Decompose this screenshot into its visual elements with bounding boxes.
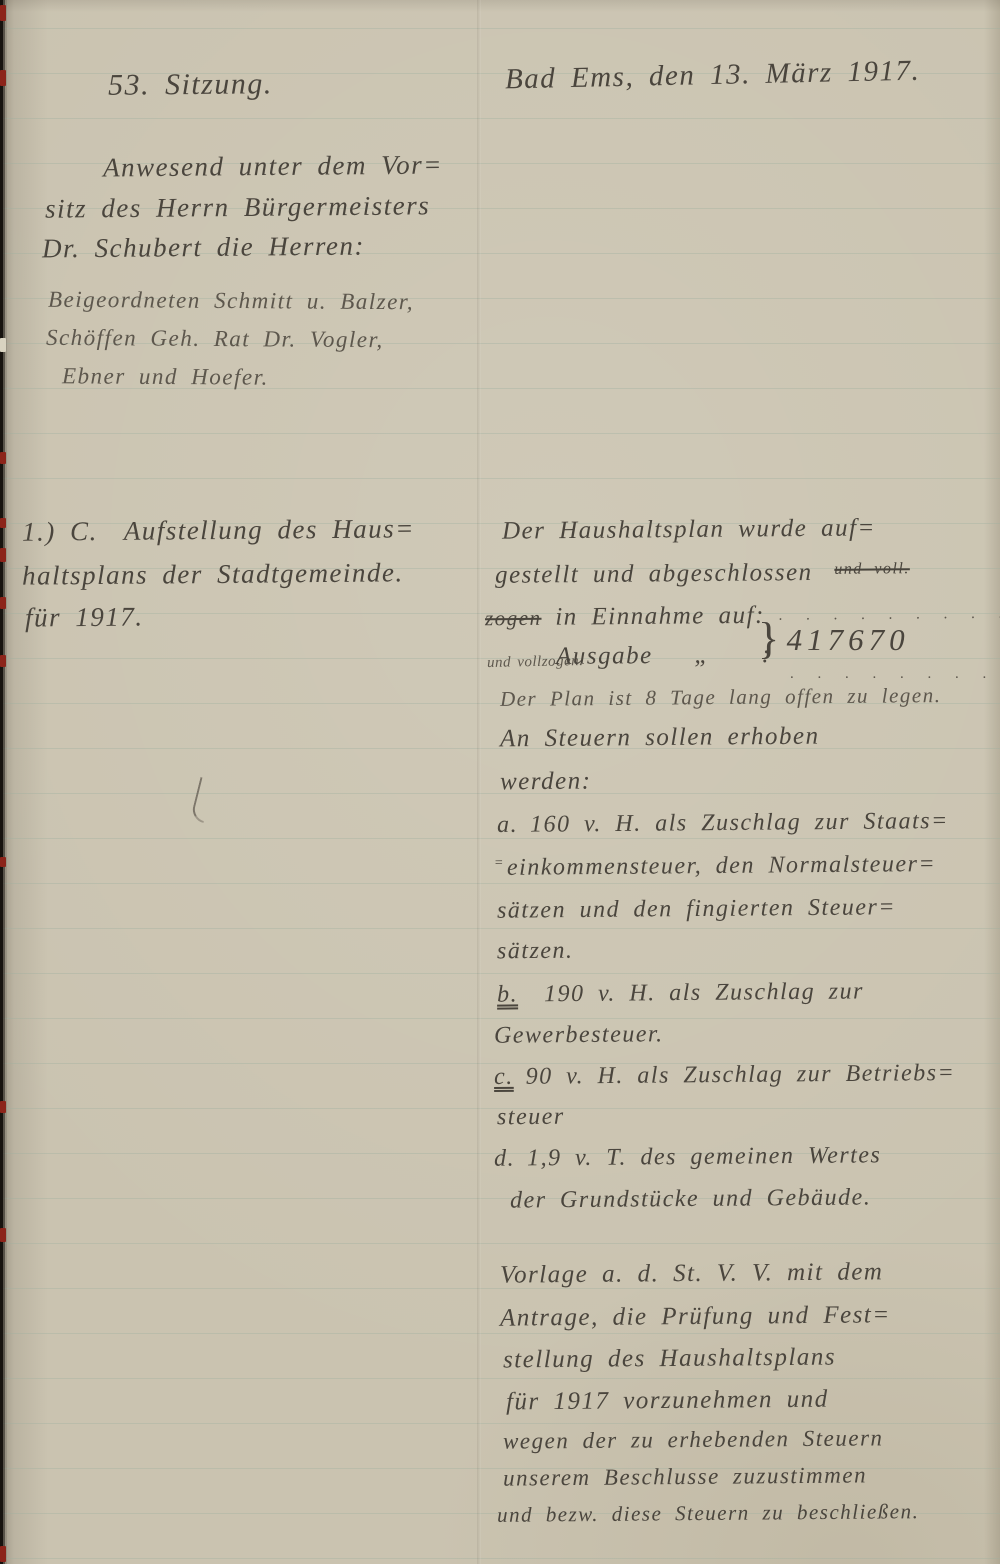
binding-mark	[0, 1546, 6, 1562]
item-marker: a.	[497, 812, 518, 839]
minutes-text: in Einnahme auf:	[555, 602, 765, 631]
minutes-text: gestellt und abgeschlossen	[495, 559, 813, 589]
tax-item-b: b.190 v. H. als Zuschlag zur	[497, 978, 864, 1008]
member-line: Schöffen Geh. Rat Dr. Vogler,	[46, 325, 384, 353]
motion-line: und bezw. diese Steuern zu beschließen.	[497, 1500, 919, 1527]
attendance-line: Dr. Schubert die Herren:	[42, 232, 365, 265]
motion-line: unserem Beschlusse zuzustimmen	[503, 1462, 867, 1490]
minutes-line: werden:	[500, 768, 592, 796]
binding-mark	[0, 5, 6, 21]
binding-mark	[0, 452, 6, 464]
item-marker: b.	[497, 981, 518, 1008]
binding-mark	[0, 338, 6, 352]
tax-item-d: d.1,9 v. T. des gemeinen Wertes	[494, 1142, 882, 1172]
item-text: 1,9 v. T. des gemeinen Wertes	[527, 1142, 882, 1171]
member-line: Ebner und Hoefer.	[62, 363, 269, 390]
binding-mark	[0, 857, 6, 867]
minutes-line: Der Plan ist 8 Tage lang offen zu legen.	[500, 684, 942, 711]
attendance-line: sitz des Herrn Bürgermeisters	[45, 191, 430, 224]
continuation-hyphen: =	[494, 856, 505, 871]
motion-line: Antrage, die Prüfung und Fest=	[500, 1301, 891, 1332]
item-text: einkommensteuer, den Normalsteuer=	[507, 851, 936, 881]
page-crease	[477, 0, 481, 1564]
member-line: Beigeordneten Schmitt u. Balzer,	[48, 287, 414, 315]
tax-item-a: a.160 v. H. als Zuschlag zur Staats=	[497, 808, 949, 838]
item-marker: c.	[494, 1064, 514, 1091]
agenda-line: für 1917.	[25, 602, 144, 633]
binding-mark	[0, 548, 6, 562]
binding-mark	[0, 70, 6, 86]
item-text: 90 v. H. als Zuschlag zur Betriebs=	[526, 1060, 956, 1090]
ditto-mark: „	[694, 642, 710, 669]
motion-line: Vorlage a. d. St. V. V. mit dem	[500, 1258, 884, 1289]
session-title: 53. Sitzung.	[108, 67, 273, 101]
dotted-leader: . . . . . . . . . –	[790, 666, 1000, 682]
binding-edge	[0, 0, 7, 1564]
minutes-line: gestellt und abgeschlossen und voll.	[495, 558, 910, 589]
ledger-page: 53. Sitzung. Bad Ems, den 13. März 1917.…	[0, 0, 1000, 1564]
binding-mark	[0, 518, 6, 528]
minutes-line: Der Haushaltsplan wurde auf=	[502, 514, 876, 545]
item-text: 190 v. H. als Zuschlag zur	[544, 978, 864, 1007]
motion-line: für 1917 vorzunehmen und	[506, 1386, 829, 1416]
tax-item-c: c.90 v. H. als Zuschlag zur Betriebs=	[494, 1060, 955, 1090]
amount-cluster: }417670	[758, 612, 910, 660]
minutes-line: An Steuern sollen erhoben	[500, 723, 820, 753]
binding-mark	[0, 597, 6, 609]
minutes-text: Ausgabe	[556, 642, 653, 670]
binding-mark	[0, 1228, 6, 1242]
attendance-line: Anwesend unter dem Vor=	[103, 151, 443, 184]
amount-value: 417670	[787, 622, 910, 657]
tax-item-c-cont: steuer	[497, 1104, 565, 1131]
agenda-line: 1.) C.Aufstellung des Haus=	[22, 514, 415, 547]
binding-mark	[0, 1101, 6, 1113]
item-marker: d.	[494, 1146, 515, 1173]
agenda-line: haltsplans der Stadtgemeinde.	[22, 558, 404, 591]
tax-item-d-cont: der Grundstücke und Gebäude.	[510, 1184, 871, 1214]
motion-line: wegen der zu erhebenden Steuern	[503, 1425, 884, 1454]
grouping-brace: }	[758, 614, 781, 663]
struck-text: und voll.	[834, 560, 910, 578]
agenda-title: Aufstellung des Haus=	[124, 513, 415, 546]
minutes-line: zogen in Einnahme auf: . . . . . . . . .	[485, 600, 1000, 632]
motion-line: stellung des Haushaltsplans	[503, 1344, 836, 1374]
struck-text: zogen	[485, 606, 542, 630]
binding-mark	[0, 655, 6, 667]
tax-item-b-cont: Gewerbesteuer.	[494, 1021, 664, 1049]
item-text: 160 v. H. als Zuschlag zur Staats=	[530, 808, 949, 838]
tax-item-a-cont: sätzen und den fingierten Steuer=	[497, 894, 896, 924]
agenda-number: 1.) C.	[22, 517, 98, 547]
tax-item-a-cont: sätzen.	[497, 938, 574, 965]
tax-item-a-cont: =einkommensteuer, den Normalsteuer=	[494, 851, 936, 881]
minutes-line: Ausgabe „ :	[556, 641, 772, 670]
